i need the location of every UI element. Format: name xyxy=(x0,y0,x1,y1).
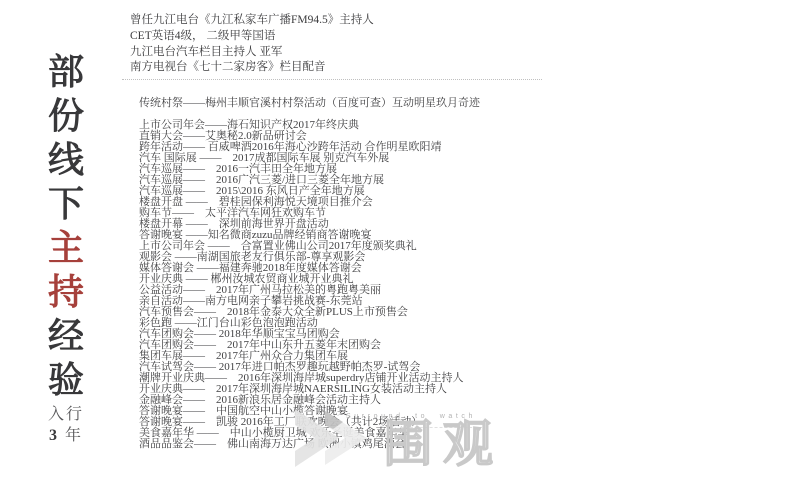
career-length: 入行 3 年 xyxy=(36,404,96,446)
experience-list: 传统村祭——梅州丰顺官溪村村祭活动（百度可查）互动明星玖月奇迹上市公司年会——海… xyxy=(139,98,480,450)
experience-item: 传统村祭——梅州丰顺官溪村村祭活动（百度可查）互动明星玖月奇迹 xyxy=(139,98,480,109)
career-length-value: 3 年 xyxy=(36,425,96,446)
header-line: 九江电台汽车栏目主持人 亚军 xyxy=(130,45,374,61)
vertical-title-char: 持 xyxy=(44,270,88,314)
header-lines: 曾任九江电台《九江私家车广播FM94.5》主持人CET英语4级， 二级甲等国语九… xyxy=(130,13,374,76)
career-years-unit: 年 xyxy=(65,427,83,444)
vertical-title-char: 验 xyxy=(44,358,88,402)
vertical-title: 部份线下主持经验 xyxy=(44,50,88,402)
header-line: 曾任九江电台《九江私家车广播FM94.5》主持人 xyxy=(130,13,374,29)
career-length-label: 入行 xyxy=(36,404,96,425)
resume-page: 部份线下主持经验 入行 3 年 曾任九江电台《九江私家车广播FM94.5》主持人… xyxy=(0,0,800,500)
vertical-title-char: 下 xyxy=(44,182,88,226)
vertical-title-char: 经 xyxy=(44,314,88,358)
vertical-title-char: 主 xyxy=(44,226,88,270)
header-line: 南方电视台《七十二家房客》栏目配音 xyxy=(130,60,374,76)
vertical-title-char: 线 xyxy=(44,138,88,182)
career-years-number: 3 xyxy=(49,427,59,444)
vertical-title-char: 部 xyxy=(44,50,88,94)
dotted-separator xyxy=(122,79,542,80)
watermark-logo: 围观 xyxy=(383,416,503,472)
header-line: CET英语4级， 二级甲等国语 xyxy=(130,29,374,45)
vertical-title-char: 份 xyxy=(44,94,88,138)
